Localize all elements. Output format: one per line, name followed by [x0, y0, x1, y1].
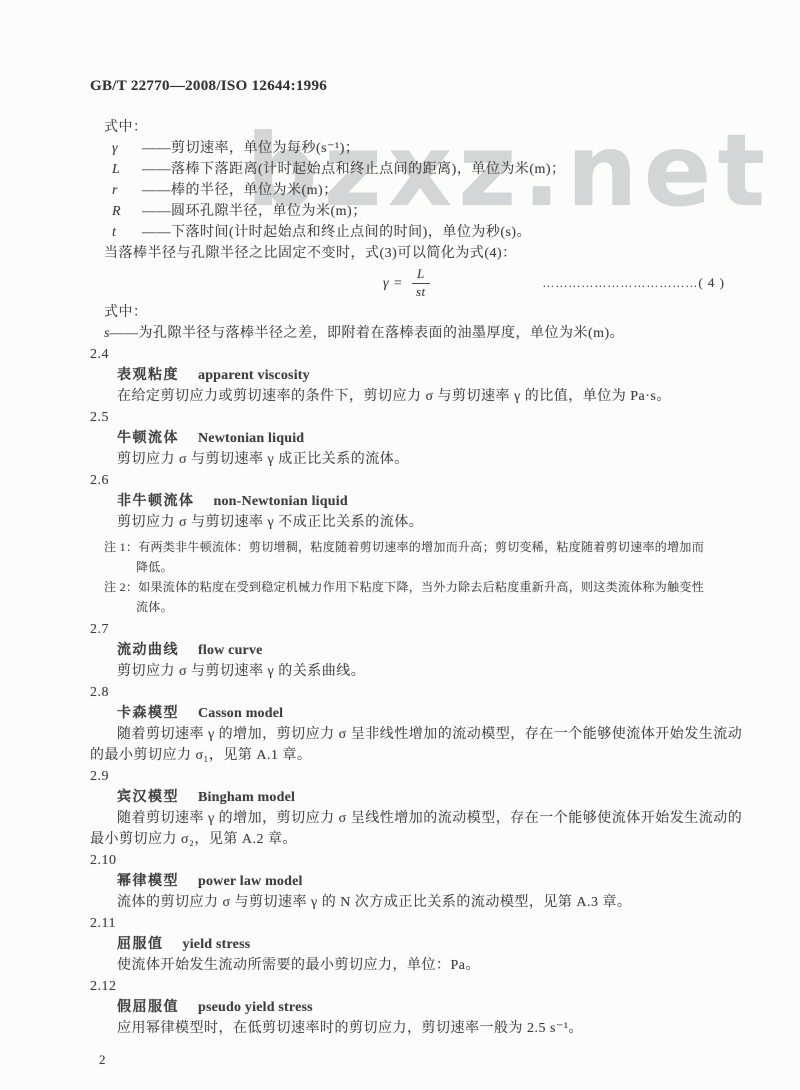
note-line: 降低。 — [136, 557, 755, 577]
section-body: 随着剪切速率 γ 的增加，剪切应力 σ 呈线性增加的流动模型，存在一个能够使流体… — [90, 808, 755, 850]
symbol-row: γ ——剪切速率，单位为每秒(s⁻¹)； — [112, 138, 755, 159]
note-line: 流体。 — [136, 597, 755, 617]
symbol-letter: L — [112, 159, 142, 180]
term-heading: 流动曲线 flow curve — [117, 640, 755, 661]
simplify-paragraph: 当落棒半径与孔隙半径之比固定不变时，式(3)可以简化为式(4)： — [104, 243, 755, 264]
section-number: 2.7 — [90, 619, 755, 640]
term-english: power law model — [198, 874, 303, 889]
symbol-description: ——圆环孔隙半径，单位为米(m)； — [142, 201, 367, 222]
term-chinese: 牛顿流体 — [117, 431, 179, 446]
section-body-line: 剪切应力 σ 与剪切速率 γ 不成正比关系的流体。 — [117, 512, 755, 533]
section-number: 2.5 — [90, 407, 755, 428]
definition-section: 2.9 宾汉模型 Bingham model 随着剪切速率 γ 的增加，剪切应力… — [90, 766, 755, 850]
section-number: 2.10 — [90, 850, 755, 871]
symbol-letter: r — [112, 180, 142, 201]
symbol-letter: t — [112, 222, 142, 243]
page-number: 2 — [99, 1049, 755, 1070]
term-chinese: 流动曲线 — [117, 643, 179, 658]
definition-section: 2.10 幂律模型 power law model 流体的剪切应力 σ 与剪切速… — [90, 850, 755, 913]
symbol-row: t ——下落时间(计时起始点和终止点间的时间)，单位为秒(s)。 — [112, 222, 755, 243]
section-body-line: 随着剪切速率 γ 的增加，剪切应力 σ 呈线性增加的流动模型，存在一个能够使流体… — [117, 808, 755, 829]
sections: 2.4 表观粘度 apparent viscosity 在给定剪切应力或剪切速率… — [90, 344, 755, 1039]
notes-block: 注 1：有两类非牛顿流体：剪切增稠，粘度随着剪切速率的增加而升高；剪切变稀，粘度… — [90, 537, 755, 617]
section-body-line: 应用幂律模型时，在低剪切速率时的剪切应力，剪切速率一般为 2.5 s⁻¹。 — [117, 1018, 755, 1039]
definition-section: 2.4 表观粘度 apparent viscosity 在给定剪切应力或剪切速率… — [90, 344, 755, 407]
equation-lhs: γ = — [383, 273, 403, 294]
term-english: yield stress — [183, 937, 251, 952]
definition-section: 2.7 流动曲线 flow curve 剪切应力 σ 与剪切速率 γ 的关系曲线… — [90, 619, 755, 682]
definition-section: 2.12 假屈服值 pseudo yield stress 应用幂律模型时，在低… — [90, 976, 755, 1039]
symbol-list: γ ——剪切速率，单位为每秒(s⁻¹)； L ——落棒下落距离(计时起始点和终止… — [90, 138, 755, 243]
section-body: 剪切应力 σ 与剪切速率 γ 不成正比关系的流体。注 1：有两类非牛顿流体：剪切… — [90, 512, 755, 617]
definition-section: 2.8 卡森模型 Casson model 随着剪切速率 γ 的增加，剪切应力 … — [90, 682, 755, 766]
term-english: pseudo yield stress — [198, 1000, 313, 1015]
section-body-line: 使流体开始发生流动所需要的最小剪切应力，单位：Pa。 — [117, 955, 755, 976]
term-english: Casson model — [198, 706, 283, 721]
term-english: Bingham model — [198, 790, 295, 805]
symbol-description: ——下落时间(计时起始点和终止点间的时间)，单位为秒(s)。 — [142, 222, 531, 243]
section-body: 流体的剪切应力 σ 与剪切速率 γ 的 N 次方成正比关系的流动模型，见第 A.… — [90, 892, 755, 913]
term-heading: 牛顿流体 Newtonian liquid — [117, 428, 755, 449]
fraction-numerator: L — [412, 267, 430, 283]
term-chinese: 非牛顿流体 — [117, 494, 195, 509]
term-chinese: 宾汉模型 — [117, 790, 179, 805]
where-clause-2: 式中： — [104, 302, 755, 323]
symbol-row: L ——落棒下落距离(计时起始点和终止点间的距离)，单位为米(m)； — [112, 159, 755, 180]
term-chinese: 表观粘度 — [117, 368, 179, 383]
section-number: 2.4 — [90, 344, 755, 365]
term-english: flow curve — [198, 643, 263, 658]
where-clause: 式中： — [104, 117, 755, 138]
section-number: 2.11 — [90, 913, 755, 934]
section-body: 随着剪切速率 γ 的增加，剪切应力 σ 呈非线性增加的流动模型，存在一个能够使流… — [90, 724, 755, 766]
document-body: 式中： γ ——剪切速率，单位为每秒(s⁻¹)； L ——落棒下落距离(计时起始… — [90, 117, 755, 1070]
section-body-line: 最小剪切应力 σ₂，见第 A.2 章。 — [90, 829, 755, 850]
symbol-row: R ——圆环孔隙半径，单位为米(m)； — [112, 201, 755, 222]
term-heading: 幂律模型 power law model — [117, 871, 755, 892]
section-body: 剪切应力 σ 与剪切速率 γ 的关系曲线。 — [90, 661, 755, 682]
term-heading: 屈服值 yield stress — [117, 934, 755, 955]
symbol-row: r ——棒的半径，单位为米(m)； — [112, 180, 755, 201]
symbol-description: ——棒的半径，单位为米(m)； — [142, 180, 338, 201]
term-heading: 表观粘度 apparent viscosity — [117, 365, 755, 386]
symbol-description: ——为孔隙半径与落棒半径之差，即附着在落棒表面的油墨厚度，单位为米(m)。 — [109, 323, 624, 344]
symbol-description: ——剪切速率，单位为每秒(s⁻¹)； — [142, 138, 359, 159]
equation-number: ( 4 ) — [698, 275, 725, 290]
section-body: 剪切应力 σ 与剪切速率 γ 成正比关系的流体。 — [90, 449, 755, 470]
section-number: 2.12 — [90, 976, 755, 997]
note-line: 注 1：有两类非牛顿流体：剪切增稠，粘度随着剪切速率的增加而升高；剪切变稀，粘度… — [104, 537, 755, 557]
term-heading: 卡森模型 Casson model — [117, 703, 755, 724]
page-content: GB/T 22770—2008/ISO 12644:1996 式中： γ ——剪… — [0, 0, 800, 1070]
equation-leader-dots: ………………………………( 4 ) — [542, 272, 725, 294]
term-chinese: 屈服值 — [117, 937, 164, 952]
equation-fraction: L st — [412, 267, 430, 299]
term-heading: 非牛顿流体 non-Newtonian liquid — [117, 491, 755, 512]
equation-4: γ = L st ………………………………( 4 ) — [90, 265, 725, 301]
term-chinese: 卡森模型 — [117, 706, 179, 721]
term-english: Newtonian liquid — [198, 431, 304, 446]
section-body-line: 剪切应力 σ 与剪切速率 γ 的关系曲线。 — [117, 661, 755, 682]
note-line: 注 2：如果流体的粘度在受到稳定机械力作用下粘度下降，当外力除去后粘度重新升高，… — [104, 577, 755, 597]
symbol-description: ——落棒下落距离(计时起始点和终止点间的距离)，单位为米(m)； — [142, 159, 566, 180]
section-body: 使流体开始发生流动所需要的最小剪切应力，单位：Pa。 — [90, 955, 755, 976]
section-body: 在给定剪切应力或剪切速率的条件下，剪切应力 σ 与剪切速率 γ 的比值，单位为 … — [90, 386, 755, 407]
symbol-letter: γ — [112, 138, 142, 159]
section-body-line: 在给定剪切应力或剪切速率的条件下，剪切应力 σ 与剪切速率 γ 的比值，单位为 … — [117, 386, 755, 407]
section-body: 应用幂律模型时，在低剪切速率时的剪切应力，剪切速率一般为 2.5 s⁻¹。 — [90, 1018, 755, 1039]
definition-section: 2.5 牛顿流体 Newtonian liquid 剪切应力 σ 与剪切速率 γ… — [90, 407, 755, 470]
term-chinese: 幂律模型 — [117, 874, 179, 889]
term-english: apparent viscosity — [198, 368, 310, 383]
standard-number: GB/T 22770—2008/ISO 12644:1996 — [90, 76, 755, 96]
section-number: 2.8 — [90, 682, 755, 703]
section-body-line: 随着剪切速率 γ 的增加，剪切应力 σ 呈非线性增加的流动模型，存在一个能够使流… — [117, 724, 755, 745]
symbol-letter: R — [112, 201, 142, 222]
definition-section: 2.11 屈服值 yield stress 使流体开始发生流动所需要的最小剪切应… — [90, 913, 755, 976]
definition-section: 2.6 非牛顿流体 non-Newtonian liquid 剪切应力 σ 与剪… — [90, 470, 755, 617]
term-chinese: 假屈服值 — [117, 1000, 179, 1015]
term-english: non-Newtonian liquid — [214, 494, 348, 509]
fraction-denominator: st — [412, 284, 430, 299]
section-body-line: 剪切应力 σ 与剪切速率 γ 成正比关系的流体。 — [117, 449, 755, 470]
section-number: 2.6 — [90, 470, 755, 491]
section-body-line: 的最小剪切应力 σ₁，见第 A.1 章。 — [90, 745, 755, 766]
section-body-line: 流体的剪切应力 σ 与剪切速率 γ 的 N 次方成正比关系的流动模型，见第 A.… — [117, 892, 755, 913]
term-heading: 假屈服值 pseudo yield stress — [117, 997, 755, 1018]
section-number: 2.9 — [90, 766, 755, 787]
document-page: bzxz.net GB/T 22770—2008/ISO 12644:1996 … — [0, 0, 800, 1090]
symbol-row-s: s ——为孔隙半径与落棒半径之差，即附着在落棒表面的油墨厚度，单位为米(m)。 — [104, 323, 755, 344]
term-heading: 宾汉模型 Bingham model — [117, 787, 755, 808]
